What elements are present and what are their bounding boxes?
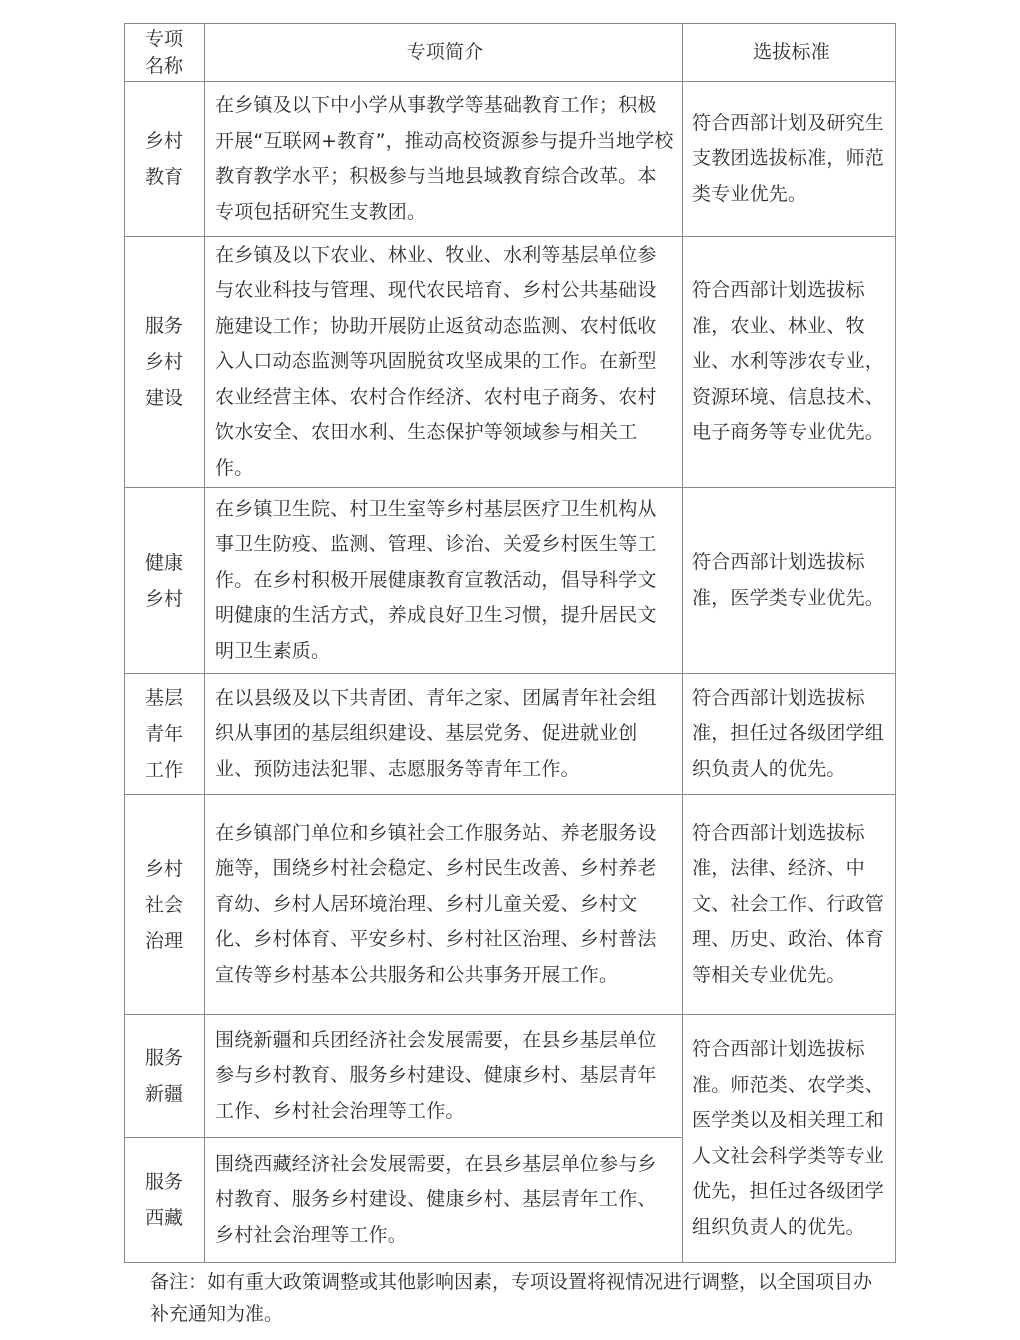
project-criteria: 符合西部计划选拔标准，医学类专业优先。 — [683, 488, 897, 673]
project-desc: 在以县级及以下共青团、青年之家、团属青年社会组织从事团的基层组织建设、基层党务、… — [205, 674, 683, 794]
footnote: 备注：如有重大政策调整或其他影响因素，专项设置将视情况进行调整，以全国项目办补充… — [150, 1266, 890, 1330]
project-desc: 在乡镇卫生院、村卫生室等乡村基层医疗卫生机构从事卫生防疫、监测、管理、诊治、关爱… — [205, 488, 683, 673]
project-name-healthy-village: 健康 乡村 — [125, 488, 203, 673]
project-desc-text: 在乡镇部门单位和乡镇社会工作服务站、养老服务设施等，围绕乡村社会稳定、乡村民生改… — [215, 816, 675, 994]
criteria-text: 符合西部计划选拔标准，医学类专业优先。 — [692, 545, 891, 616]
project-name-serve-xinjiang: 服务 新疆 — [125, 1015, 203, 1137]
project-desc-text: 在以县级及以下共青团、青年之家、团属青年社会组织从事团的基层组织建设、基层党务、… — [215, 681, 675, 788]
project-criteria: 符合西部计划选拔标准，法律、经济、中文、社会工作、行政管理、历史、政治、体育等相… — [683, 795, 897, 1014]
header-criteria: 选拔标准 — [683, 24, 897, 81]
project-desc: 在乡镇部门单位和乡镇社会工作服务站、养老服务设施等，围绕乡村社会稳定、乡村民生改… — [205, 795, 683, 1014]
project-desc-text: 围绕西藏经济社会发展需要，在县乡基层单位参与乡村教育、服务乡村建设、健康乡村、基… — [215, 1147, 675, 1254]
project-desc-text: 在乡镇卫生院、村卫生室等乡村基层医疗卫生机构从事卫生防疫、监测、管理、诊治、关爱… — [215, 492, 675, 670]
header-project-name: 专项 名称 — [125, 24, 203, 81]
project-name-rural-construction: 服务 乡村 建设 — [125, 237, 203, 487]
project-criteria: 符合西部计划选拔标准，农业、林业、牧业、水利等涉农专业，资源环境、信息技术、电子… — [683, 237, 897, 487]
project-name-grassroots-youth: 基层 青年 工作 — [125, 674, 203, 794]
project-desc: 围绕西藏经济社会发展需要，在县乡基层单位参与乡村教育、服务乡村建设、健康乡村、基… — [205, 1138, 683, 1262]
criteria-text: 符合西部计划选拔标准，担任过各级团学组织负责人的优先。 — [692, 681, 891, 788]
project-desc-text: 围绕新疆和兵团经济社会发展需要，在县乡基层单位参与乡村教育、服务乡村建设、健康乡… — [215, 1023, 675, 1130]
header-project-desc: 专项简介 — [205, 24, 683, 81]
project-name-rural-governance: 乡村 社会 治理 — [125, 795, 203, 1014]
criteria-text: 符合西部计划选拔标准。师范类、农学类、医学类以及相关理工和人文社会科学类等专业优… — [692, 1032, 891, 1245]
criteria-text: 符合西部计划选拔标准，农业、林业、牧业、水利等涉农专业，资源环境、信息技术、电子… — [692, 273, 891, 451]
project-name-rural-education: 乡村 教育 — [125, 82, 203, 236]
project-desc-text: 在乡镇及以下中小学从事教学等基础教育工作；积极开展“互联网+教育”，推动高校资源… — [215, 88, 675, 230]
project-name-serve-tibet: 服务 西藏 — [125, 1138, 203, 1262]
project-desc: 围绕新疆和兵团经济社会发展需要，在县乡基层单位参与乡村教育、服务乡村建设、健康乡… — [205, 1015, 683, 1137]
criteria-text: 符合西部计划选拔标准，法律、经济、中文、社会工作、行政管理、历史、政治、体育等相… — [692, 816, 891, 994]
project-criteria: 符合西部计划选拔标准，担任过各级团学组织负责人的优先。 — [683, 674, 897, 794]
project-desc-text: 在乡镇及以下农业、林业、牧业、水利等基层单位参与农业科技与管理、现代农民培育、乡… — [215, 238, 675, 487]
project-desc: 在乡镇及以下中小学从事教学等基础教育工作；积极开展“互联网+教育”，推动高校资源… — [205, 82, 683, 236]
project-criteria-merged: 符合西部计划选拔标准。师范类、农学类、医学类以及相关理工和人文社会科学类等专业优… — [683, 1015, 897, 1262]
project-criteria: 符合西部计划及研究生支教团选拔标准，师范类专业优先。 — [683, 82, 897, 236]
criteria-text: 符合西部计划及研究生支教团选拔标准，师范类专业优先。 — [692, 106, 891, 213]
project-desc: 在乡镇及以下农业、林业、牧业、水利等基层单位参与农业科技与管理、现代农民培育、乡… — [205, 237, 683, 487]
